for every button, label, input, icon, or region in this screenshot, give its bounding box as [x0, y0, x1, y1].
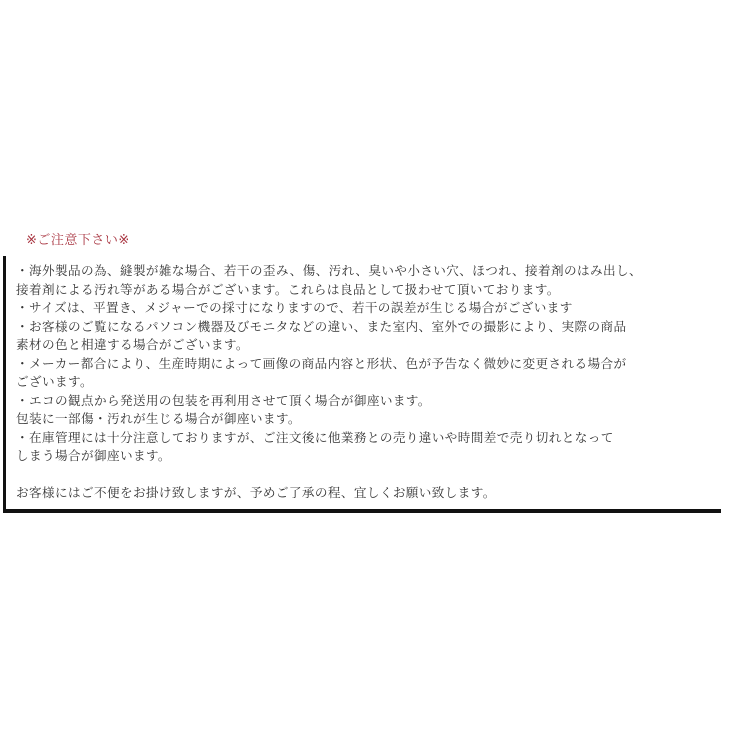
notice-line: ・サイズは、平置き、メジャーでの採寸になりますので、若干の誤差が生じる場合がござ… — [16, 299, 726, 318]
notice-line: 素材の色と相違する場合がございます。 — [16, 336, 726, 355]
notice-line: ・メーカー都合により、生産時期によって画像の商品内容と形状、色が予告なく微妙に変… — [16, 355, 726, 374]
notice-line: ・在庫管理には十分注意しておりますが、ご注文後に他業務との売り違いや時間差で売り… — [16, 429, 726, 448]
notice-line: 接着剤による汚れ等がある場合がございます。これらは良品として扱わせて頂いておりま… — [16, 281, 726, 300]
notice-line: ございます。 — [16, 373, 726, 392]
notice-line: ・エコの観点から発送用の包装を再利用させて頂く場合が御座います。 — [16, 392, 726, 411]
notice-line: しまう場合が御座います。 — [16, 447, 726, 466]
notice-title: ※ご注意下さい※ — [26, 233, 130, 249]
notice-line: 包装に一部傷・汚れが生じる場合が御座います。 — [16, 410, 726, 429]
notice-line: ・お客様のご覧になるパソコン機器及びモニタなどの違い、また室内、室外での撮影によ… — [16, 318, 726, 337]
notice-line: ・海外製品の為、縫製が雑な場合、若干の歪み、傷、汚れ、臭いや小さい穴、ほつれ、接… — [16, 262, 726, 281]
notice-closing: お客様にはご不便をお掛け致しますが、予めご了承の程、宜しくお願い致します。 — [16, 484, 726, 503]
spacer — [16, 466, 726, 485]
notice-body: ・海外製品の為、縫製が雑な場合、若干の歪み、傷、汚れ、臭いや小さい穴、ほつれ、接… — [16, 262, 726, 503]
